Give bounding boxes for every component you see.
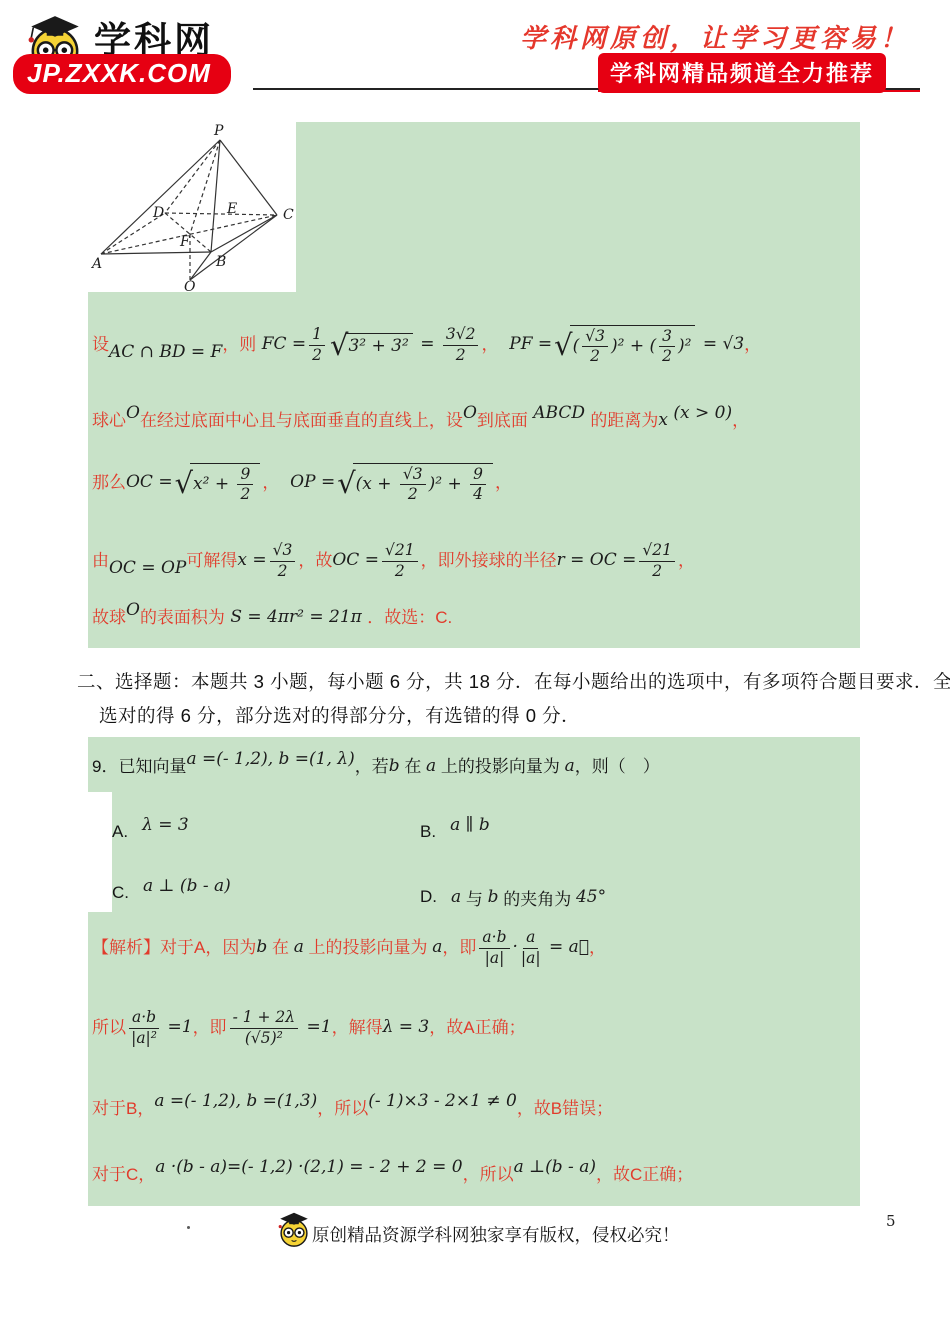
text-segment: = √3 <box>697 334 744 355</box>
option-d: D. a 与 b 的夹角为 45° <box>420 879 606 915</box>
promo-badge: 学科网精品频道全力推荐 <box>598 53 886 93</box>
solution-line-5: 故球O的表面积为 S = 4πr² = 21π ．故选：C. <box>92 598 452 638</box>
text-segment: a <box>426 756 436 777</box>
jp-zxxk-badge: JP.ZXXK.COM <box>13 54 231 94</box>
text-segment: 可解得 <box>186 550 237 571</box>
text-segment: a ·(b - a)=(- 1,2) ·(2,1) = - 2 + 2 = 0 <box>155 1157 462 1178</box>
option-a-label: A. <box>112 822 128 842</box>
svg-text:B: B <box>215 254 226 270</box>
radical: √3² + 3² <box>330 332 413 358</box>
text-segment: AC ∩ BD = F <box>109 342 222 363</box>
text-segment: ，解得 <box>332 1017 383 1038</box>
fraction: - 1 + 2λ(√5)² <box>230 1009 299 1047</box>
text-segment: 在 <box>400 756 426 777</box>
text-segment: 的夹角为 <box>498 885 575 910</box>
text-segment: λ = 3 <box>383 1017 430 1038</box>
text-segment: 在 <box>267 937 293 958</box>
text-segment: OP = <box>279 472 335 493</box>
fraction: a·b|a| <box>479 929 509 967</box>
text-segment: ， <box>262 472 279 493</box>
text-segment: ， <box>495 472 512 493</box>
text-segment: ，则 <box>222 334 256 355</box>
text-segment: OC = OP <box>109 558 186 579</box>
text-segment: 球心 <box>92 410 126 431</box>
text-segment: )² + <box>429 474 468 495</box>
fraction: 94 <box>470 466 486 504</box>
text-segment: a =(- 1,2), b =(1,3) <box>154 1091 317 1112</box>
text-segment: PF = <box>498 334 552 355</box>
text-segment: (- 1)×3 - 2×1 ≠ 0 <box>368 1091 517 1112</box>
text-segment: a ⊥ (b - a) <box>143 876 231 896</box>
analysis-line-1: 【解析】对于A，因为b 在 a 上的投影向量为 a，即a·b|a|·a|a| =… <box>92 919 606 977</box>
option-d-label: D. <box>420 887 437 907</box>
text-segment: 到底面 <box>477 410 528 431</box>
text-segment: O <box>463 403 477 424</box>
text-segment: a <box>432 937 442 958</box>
text-segment: =1 <box>162 1017 192 1038</box>
text-segment: a <box>294 937 304 958</box>
text-segment: λ = 3 <box>142 815 189 835</box>
text-segment: 故球 <box>92 607 126 628</box>
text-segment: r = OC = <box>557 550 637 571</box>
text-segment: ，故B错误； <box>517 1098 613 1119</box>
text-segment: ， <box>744 334 761 355</box>
text-segment: =1 <box>301 1017 331 1038</box>
document-page: 学科网 WWW.ZXXK.COM JP.ZXXK.COM 学科网原创，让学习更容… <box>0 0 950 1344</box>
text-segment: ( <box>573 336 580 357</box>
fraction: 92 <box>237 466 253 504</box>
option-d-content: a 与 b 的夹角为 45° <box>451 885 606 910</box>
text-segment: ， <box>678 550 695 571</box>
svg-text:A: A <box>90 256 102 272</box>
fraction: 32 <box>659 328 675 366</box>
text-segment: x + <box>362 474 397 495</box>
section-heading-line-2: 选对的得 6 分，部分选对的得部分分，有选错的得 0 分． <box>99 702 580 728</box>
text-segment: OC = <box>126 472 173 493</box>
option-b: B. a ∥ b <box>420 815 490 849</box>
text-segment: )² <box>678 336 691 357</box>
svg-text:O: O <box>184 279 196 292</box>
copyright-notice: 原创精品资源学科网独家享有版权，侵权必究！ <box>312 1222 680 1247</box>
option-c: C. a ⊥ (b - a) <box>112 875 231 911</box>
fraction: √32 <box>270 542 296 580</box>
radical: √x² + 92 <box>175 463 261 504</box>
option-c-content: a ⊥ (b - a) <box>143 883 231 903</box>
text-segment: ， <box>589 937 606 958</box>
text-segment: 的距离为 <box>590 410 658 431</box>
fraction: √32 <box>400 466 426 504</box>
text-segment: 45° <box>576 887 606 907</box>
header-slogan: 学科网原创，让学习更容易！ <box>520 18 910 55</box>
text-segment: ，所以 <box>317 1098 368 1119</box>
question9-stem: 9．已知向量a =(- 1,2), b =(1, λ)，若b 在 a 上的投影向… <box>92 749 660 785</box>
text-segment: 的表面积为 <box>140 607 225 628</box>
text-segment: 与 <box>461 885 487 910</box>
pyramid-figure: PABCDEFO <box>88 122 296 292</box>
fraction: √212 <box>382 542 418 580</box>
fraction: a·b|a|² <box>129 1009 159 1047</box>
text-segment: OC = <box>332 550 379 571</box>
text-segment: ，所以 <box>463 1164 514 1185</box>
question9-highlight-block: 9．已知向量a =(- 1,2), b =(1, λ)，若b 在 a 上的投影向… <box>88 737 860 1206</box>
svg-text:F: F <box>179 234 191 250</box>
text-segment: x = <box>237 550 266 571</box>
text-segment: 由 <box>92 550 109 571</box>
page-number: 5 <box>886 1212 896 1230</box>
text-segment: O <box>126 600 140 621</box>
text-segment: a ⊥(b - a) <box>514 1157 596 1178</box>
option-b-label: B. <box>420 822 436 842</box>
option-b-content: a ∥ b <box>450 822 490 842</box>
text-segment: 3² + 3² <box>348 336 408 357</box>
svg-text:E: E <box>226 201 237 217</box>
text-segment: 9．已知向量 <box>92 756 186 777</box>
text-segment: = a⃗ <box>544 937 589 958</box>
text-segment: )² + ( <box>611 336 656 357</box>
svg-text:C: C <box>283 207 294 223</box>
solution-line-4: 由OC = OP可解得x =√32，故OC =√212，即外接球的半径r = O… <box>92 534 695 588</box>
option-c-label: C. <box>112 883 129 903</box>
text-segment: x² + <box>193 474 234 495</box>
text-segment: ，即外接球的半径 <box>421 550 557 571</box>
solution-line-3: 那么OC =√x² + 92， OP =√(x + √32)² + 94， <box>92 454 512 512</box>
analysis-line-2: 所以a·b|a|² =1，即- 1 + 2λ(√5)² =1，解得λ = 3，故… <box>92 999 526 1057</box>
footer-owl-icon <box>276 1210 312 1248</box>
text-segment: ABCD <box>528 403 591 424</box>
pyramid-figure-svg: PABCDEFO <box>88 122 296 292</box>
text-segment: x <box>658 410 668 431</box>
text-segment: 【解析】对于A，因为 <box>92 937 256 958</box>
text-segment: ，则（ ） <box>575 756 660 777</box>
footer-dot <box>187 1226 190 1229</box>
text-segment: 上的投影向量为 <box>436 756 564 777</box>
analysis-line-3: 对于B，a =(- 1,2), b =(1,3)，所以(- 1)×3 - 2×1… <box>92 1089 613 1129</box>
text-segment: · <box>513 937 518 958</box>
text-segment: ，即 <box>442 937 476 958</box>
fraction: a|a| <box>521 929 541 967</box>
text-segment: ，故A正确； <box>429 1017 525 1038</box>
text-segment: S = 4πr² = 21π <box>225 607 367 628</box>
text-segment: C. <box>435 607 452 628</box>
svg-text:D: D <box>152 205 164 221</box>
solution-line-2: 球心O在经过底面中心且与底面垂直的直线上，设O到底面 ABCD 的距离为x (x… <box>92 406 749 436</box>
solution-line-1: 设AC ∩ BD = F，则 FC =12√3² + 3² = 3√22， PF… <box>92 314 761 376</box>
text-segment: ，故 <box>298 550 332 571</box>
fraction: √212 <box>639 542 675 580</box>
text-segment: a ∥ b <box>450 815 490 835</box>
text-segment: 上的投影向量为 <box>304 937 432 958</box>
text-segment: 对于B， <box>92 1098 154 1119</box>
text-segment: 对于C， <box>92 1164 155 1185</box>
text-segment: 设 <box>92 334 109 355</box>
text-segment: ，故C正确； <box>596 1164 693 1185</box>
text-segment: ( <box>356 474 363 495</box>
fraction: 12 <box>309 326 325 364</box>
svg-text:P: P <box>213 123 224 139</box>
radical: √(√32)² + (32)² <box>554 325 695 366</box>
analysis-line-4: 对于C，a ·(b - a)=(- 1,2) ·(2,1) = - 2 + 2 … <box>92 1155 693 1195</box>
text-segment: ， <box>732 410 749 431</box>
option-a-content: λ = 3 <box>142 822 189 842</box>
fraction: √32 <box>582 328 608 366</box>
text-segment: = <box>415 334 440 355</box>
text-segment: b <box>389 756 400 777</box>
text-segment: a =(- 1,2), b =(1, λ) <box>186 749 354 770</box>
text-segment: ，若 <box>355 756 389 777</box>
text-segment: a <box>565 756 575 777</box>
text-segment: O <box>126 403 140 424</box>
option-a: A. λ = 3 <box>112 815 189 849</box>
text-segment: 那么 <box>92 472 126 493</box>
text-segment: 所以 <box>92 1017 126 1038</box>
section-heading-line-1: 二、选择题：本题共 3 小题，每小题 6 分，共 18 分．在每小题给出的选项中… <box>77 668 950 694</box>
text-segment: b <box>488 887 499 907</box>
text-segment: b <box>256 937 267 958</box>
text-segment: FC = <box>256 334 306 355</box>
solution-highlight-block: PABCDEFO 设AC ∩ BD = F，则 FC =12√3² + 3² =… <box>88 122 860 648</box>
text-segment: (x > 0) <box>668 403 732 424</box>
fraction: 3√22 <box>443 326 479 364</box>
text-segment: 在经过底面中心且与底面垂直的直线上，设 <box>140 410 463 431</box>
radical: √(x + √32)² + 94 <box>337 463 493 504</box>
text-segment: ．故选： <box>367 607 435 628</box>
text-segment: a <box>451 887 461 907</box>
text-segment: ， <box>481 334 498 355</box>
highlight-gap <box>88 792 112 912</box>
text-segment: ，即 <box>193 1017 227 1038</box>
